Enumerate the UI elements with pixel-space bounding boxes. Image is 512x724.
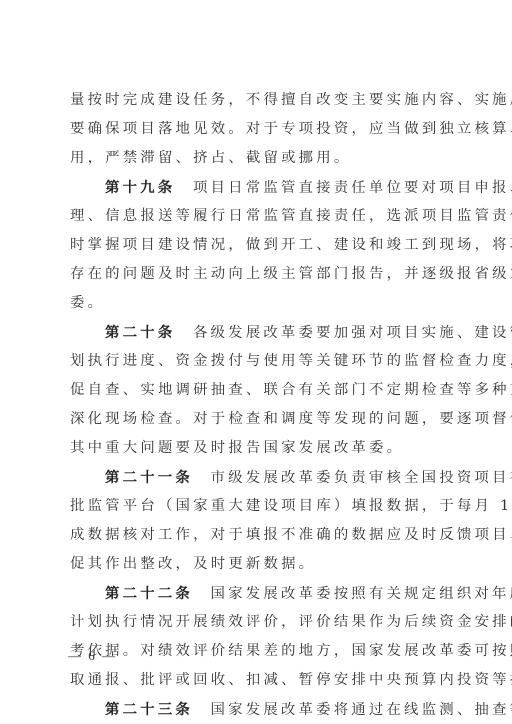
article-line: 第十九条 项目日常监管直接责任单位要对项目申报、建设管 — [70, 173, 442, 202]
line-text: 委。 — [70, 295, 105, 311]
article-heading: 第十九条 — [105, 179, 175, 196]
document-body: 量按时完成建设任务，不得擅自改变主要实施内容、实施周期等，要确保项目落地见效。对… — [70, 86, 442, 724]
line-text: 各级发展改革委要加强对项目实施、建设管理、计 — [175, 325, 512, 341]
line-text: 时掌握项目建设情况，做到开工、建设和竣工到现场，将项目实施 — [70, 237, 512, 253]
line-text: 计划执行情况开展绩效评价，评价结果作为后续资金安排的重要参 — [70, 614, 512, 630]
text-line: 委。 — [70, 289, 442, 318]
line-text: 国家发展改革委将通过在线监测、抽查等方式对 — [193, 702, 512, 718]
text-line: 促自查、实地调研抽查、联合有关部门不定期检查等多种方式监管， — [70, 376, 442, 405]
line-text: 促其作出整改，及时更新数据。 — [70, 556, 316, 572]
line-text: 要确保项目落地见效。对于专项投资，应当做到独立核算、专款专 — [70, 121, 512, 137]
line-text: 划执行进度、资金拨付与使用等关键环节的监督检查力度，采取督 — [70, 353, 512, 369]
text-line: 取通报、批评或回收、扣减、暂停安排中央预算内投资等措施。 — [70, 666, 442, 695]
line-text: 成数据核对工作，对于填报不准确的数据应及时反馈项目单位，督 — [70, 527, 512, 543]
line-text: 其中重大问题要及时报告国家发展改革委。 — [70, 440, 404, 456]
article-heading: 第二十三条 — [105, 701, 193, 718]
article-line: 第二十一条 市级发展改革委负责审核全国投资项目在线审 — [70, 463, 442, 492]
text-line: 要确保项目落地见效。对于专项投资，应当做到独立核算、专款专 — [70, 115, 442, 144]
line-text: 深化现场检查。对于检查和调度等发现的问题，要逐项督促整改， — [70, 411, 512, 427]
text-line: 促其作出整改，及时更新数据。 — [70, 550, 442, 579]
line-text: 考依据。对绩效评价结果差的地方，国家发展改革委可按照规定采 — [70, 643, 512, 659]
line-text: 市级发展改革委负责审核全国投资项目在线审 — [193, 470, 512, 486]
line-text: 国家发展改革委按照有关规定组织对年度投资 — [193, 586, 512, 602]
article-heading: 第二十一条 — [105, 469, 193, 486]
text-line: 用，严禁滞留、挤占、截留或挪用。 — [70, 144, 442, 173]
page-number: — 6 — — [68, 648, 117, 664]
article-line: 第二十三条 国家发展改革委将通过在线监测、抽查等方式对 — [70, 695, 442, 724]
text-line: 时掌握项目建设情况，做到开工、建设和竣工到现场，将项目实施 — [70, 231, 442, 260]
line-text: 用，严禁滞留、挤占、截留或挪用。 — [70, 150, 351, 166]
text-line: 理、信息报送等履行日常监管直接责任，选派项目监管责任人，及 — [70, 202, 442, 231]
text-line: 考依据。对绩效评价结果差的地方，国家发展改革委可按照规定采 — [70, 637, 442, 666]
line-text: 量按时完成建设任务，不得擅自改变主要实施内容、实施周期等， — [70, 92, 512, 108]
text-line: 批监管平台（国家重大建设项目库）填报数据，于每月 10 日前完 — [70, 492, 442, 521]
article-line: 第二十条 各级发展改革委要加强对项目实施、建设管理、计 — [70, 318, 442, 347]
line-text: 项目日常监管直接责任单位要对项目申报、建设管 — [175, 180, 512, 196]
article-line: 第二十二条 国家发展改革委按照有关规定组织对年度投资 — [70, 579, 442, 608]
article-heading: 第二十二条 — [105, 585, 193, 602]
text-line: 存在的问题及时主动向上级主管部门报告，并逐级报省级发展改革 — [70, 260, 442, 289]
line-text: 存在的问题及时主动向上级主管部门报告，并逐级报省级发展改革 — [70, 266, 512, 282]
line-text: 批监管平台（国家重大建设项目库）填报数据，于每月 10 日前完 — [70, 498, 512, 514]
text-line: 量按时完成建设任务，不得擅自改变主要实施内容、实施周期等， — [70, 86, 442, 115]
text-line: 成数据核对工作，对于填报不准确的数据应及时反馈项目单位，督 — [70, 521, 442, 550]
article-heading: 第二十条 — [105, 324, 175, 341]
text-line: 计划执行情况开展绩效评价，评价结果作为后续资金安排的重要参 — [70, 608, 442, 637]
line-text: 取通报、批评或回收、扣减、暂停安排中央预算内投资等措施。 — [70, 672, 512, 688]
text-line: 深化现场检查。对于检查和调度等发现的问题，要逐项督促整改， — [70, 405, 442, 434]
line-text: 促自查、实地调研抽查、联合有关部门不定期检查等多种方式监管， — [70, 382, 512, 398]
text-line: 其中重大问题要及时报告国家发展改革委。 — [70, 434, 442, 463]
text-line: 划执行进度、资金拨付与使用等关键环节的监督检查力度，采取督 — [70, 347, 442, 376]
line-text: 理、信息报送等履行日常监管直接责任，选派项目监管责任人，及 — [70, 208, 512, 224]
document-page: 量按时完成建设任务，不得擅自改变主要实施内容、实施周期等，要确保项目落地见效。对… — [0, 0, 512, 724]
